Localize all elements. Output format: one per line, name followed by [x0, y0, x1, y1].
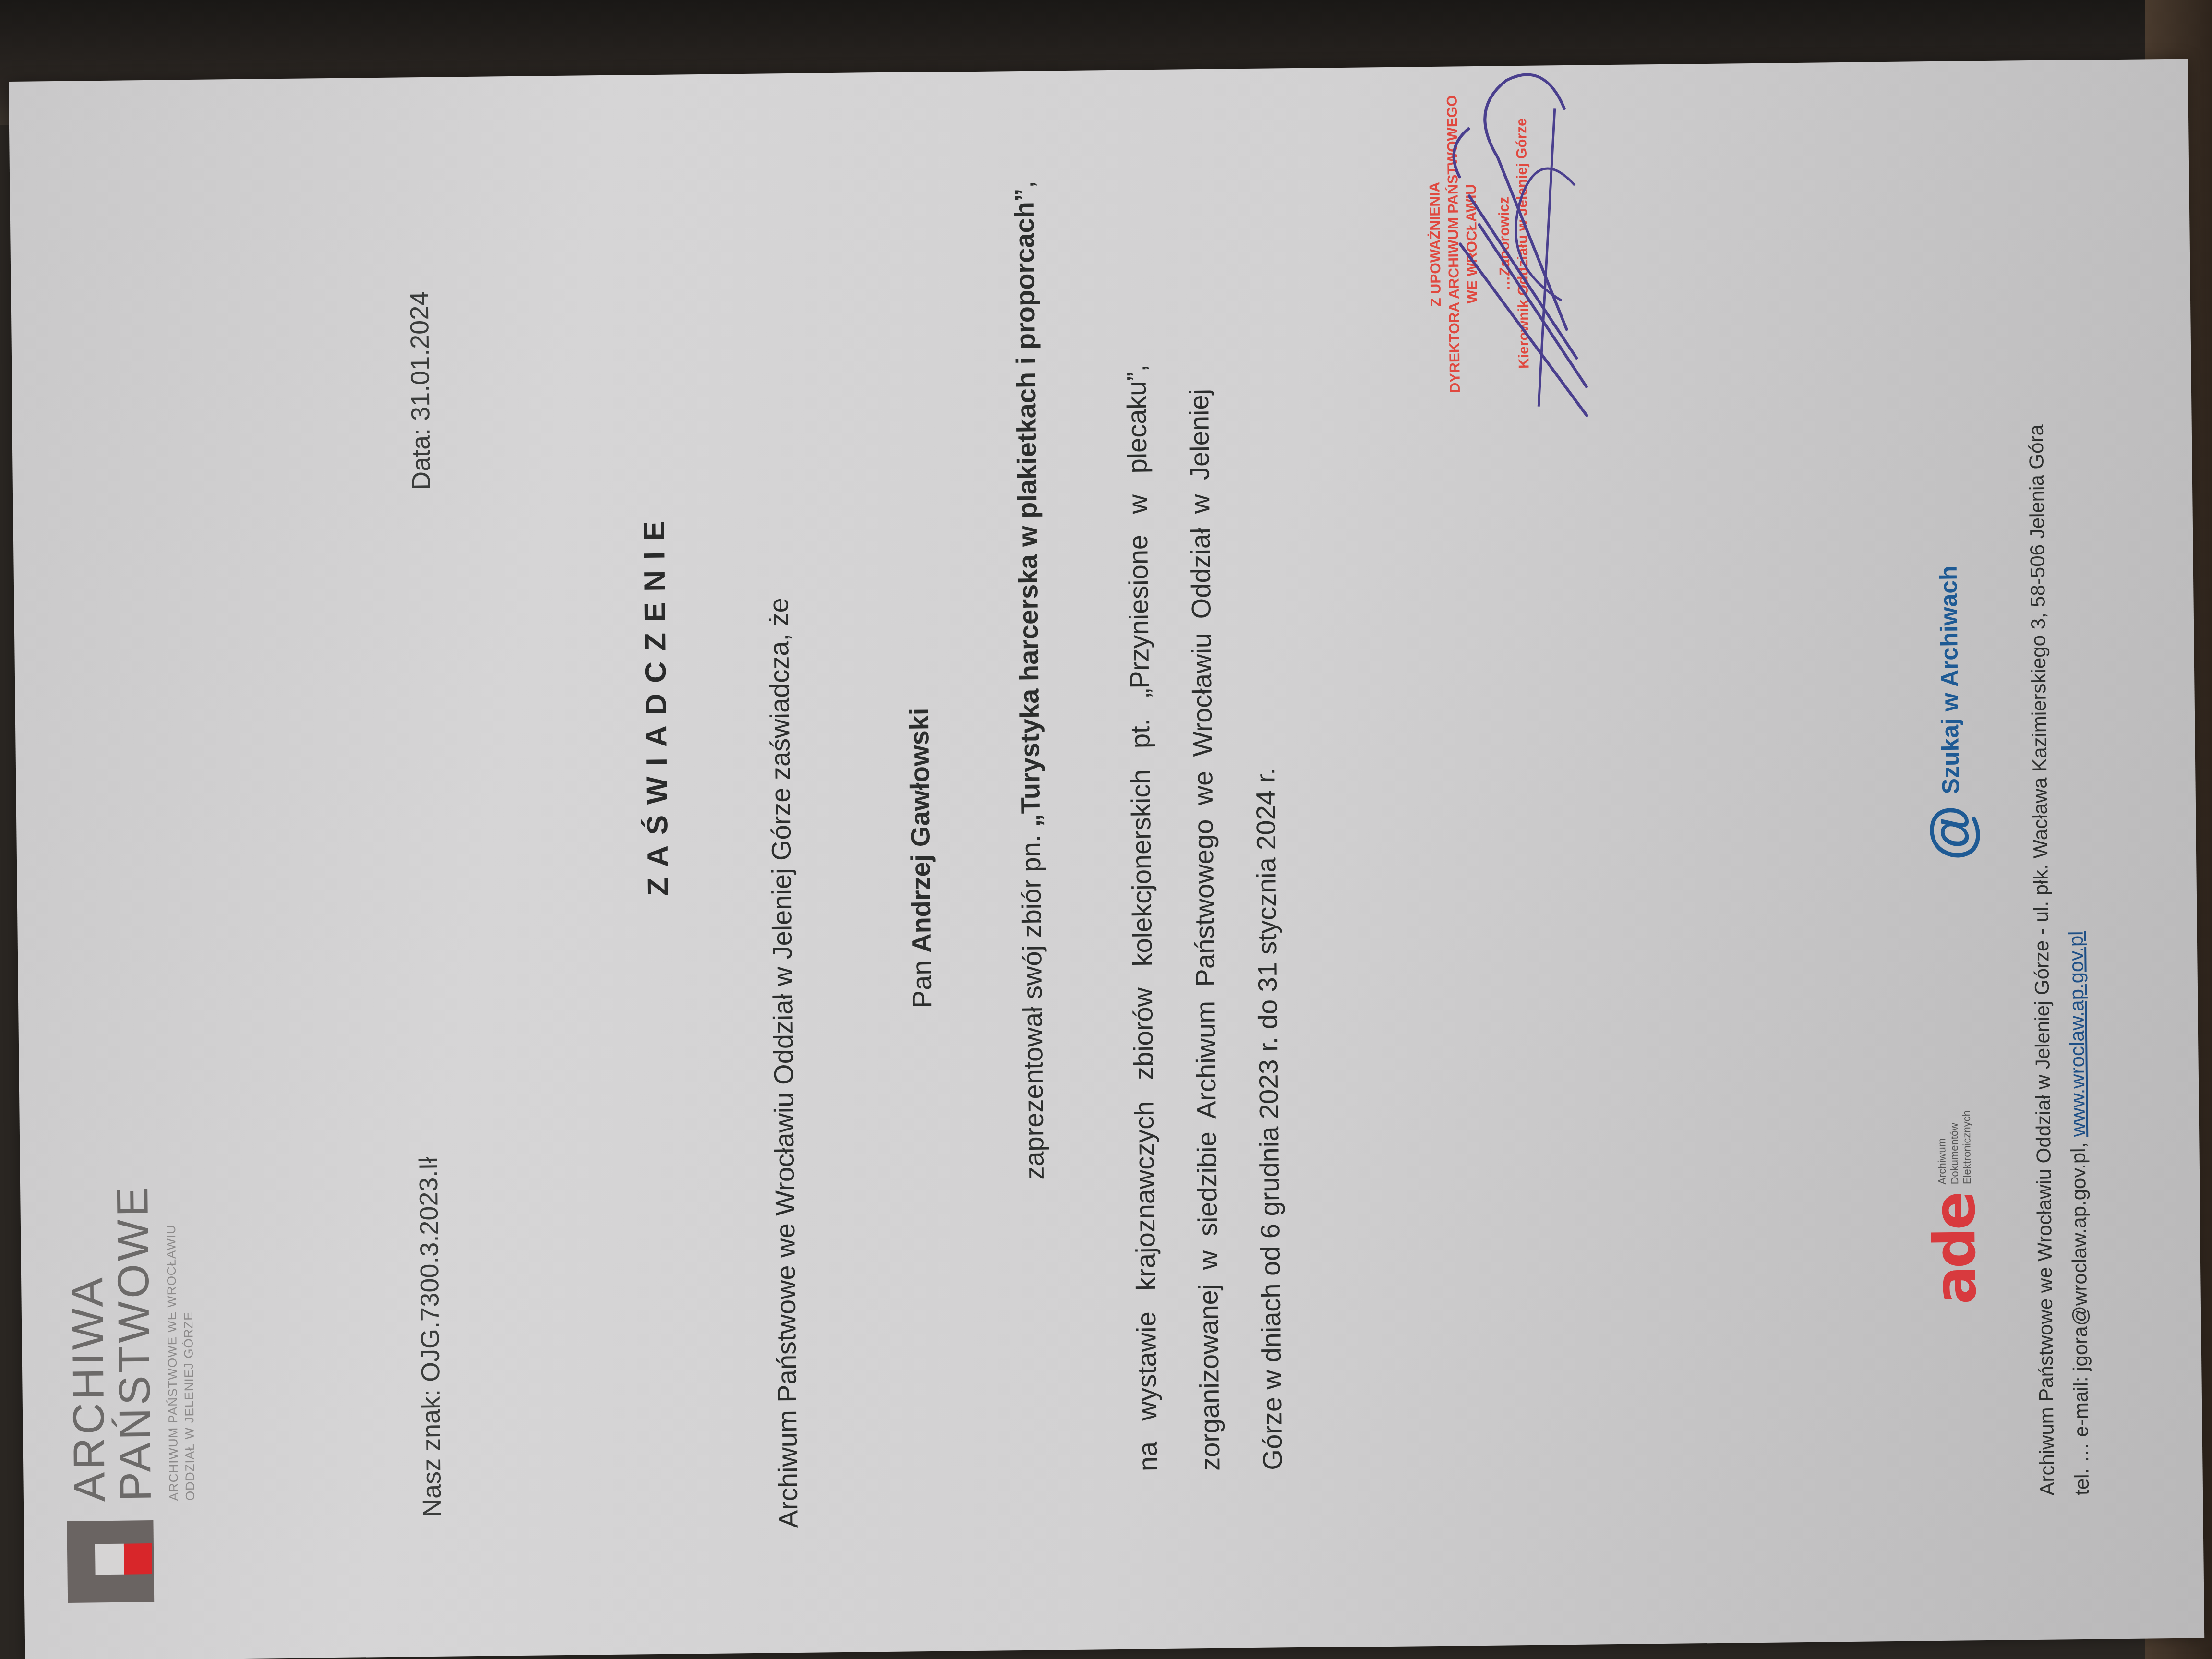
body-line-5: zorganizowanej w siedzibie Archiwum Pańs…	[1183, 389, 1226, 1471]
body-line-6: Górze w dniach od 6 grudnia 2023 r. do 3…	[1250, 768, 1288, 1470]
logo-title-1: ARCHIWA	[63, 1184, 113, 1502]
logo-subtitle-2: ODDZIAŁ W JELENIEJ GÓRZE	[179, 1184, 198, 1501]
person-name: Andrzej Gawłowski	[904, 708, 937, 953]
signature	[1439, 12, 1597, 445]
website-link[interactable]: www.wroclaw.ap.gov.pl	[2065, 931, 2089, 1137]
body-line-3: zaprezentował swój zbiór pn. „Turystyka …	[1008, 180, 1050, 1180]
reference-number: Nasz znak: OJG.7300.3.2023.Ił	[414, 1157, 447, 1517]
document-content: ARCHIWA PAŃSTWOWE ARCHIWUM PAŃSTWOWE WE …	[9, 54, 2185, 1659]
footer-address: Archiwum Państwowe we Wrocławiu Oddział …	[2019, 424, 2099, 1496]
collection-title: „Turystyka harcerska w plakietkach i pro…	[1009, 188, 1046, 828]
ade-logo-icon: ade	[1921, 1194, 1989, 1305]
body-line-2: Pan Andrzej Gawłowski	[903, 708, 938, 1008]
logo-title-2: PAŃSTWOWE	[109, 1184, 159, 1501]
document-title: ZAŚWIADCZENIE	[637, 510, 675, 896]
at-sign-icon: @	[1922, 805, 1980, 861]
body-line-4: na wystawie krajoznawczych zbiorów kolek…	[1120, 364, 1163, 1472]
archive-logo-icon	[67, 1520, 154, 1603]
certificate-paper: ARCHIWA PAŃSTWOWE ARCHIWUM PAŃSTWOWE WE …	[9, 59, 2204, 1659]
szukaj-w-archiwach-logo: @ Szukaj w Archiwach	[1919, 565, 1980, 861]
ade-logo: ade Archiwum Dokumentów Elektronicznych	[1921, 1110, 1989, 1305]
body-line-1: Archiwum Państwowe we Wrocławiu Oddział …	[763, 598, 804, 1528]
archiwa-panstwowe-logo: ARCHIWA PAŃSTWOWE ARCHIWUM PAŃSTWOWE WE …	[63, 1184, 199, 1603]
document-date: Data: 31.01.2024	[405, 291, 436, 490]
footer-logos: ade Archiwum Dokumentów Elektronicznych …	[1910, 104, 1989, 1305]
